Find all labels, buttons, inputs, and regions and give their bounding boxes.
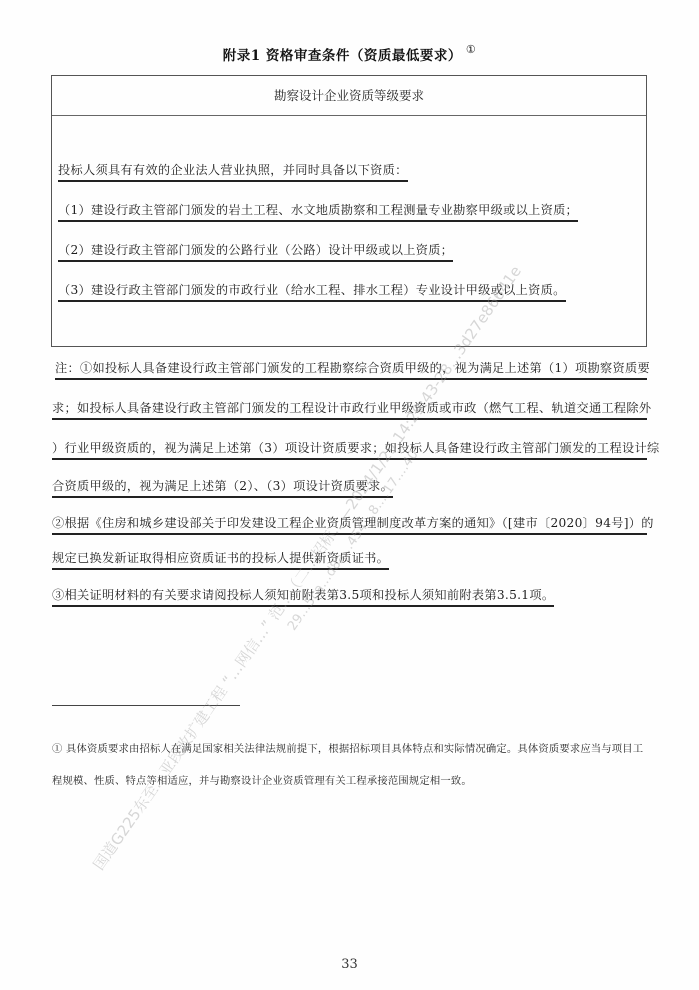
footnote-line: 程规模、性质、特点等相适应，并与勘察设计企业资质管理有关工程承接范围规定相一致。	[52, 772, 472, 787]
table-header: 勘察设计企业资质等级要求	[52, 76, 646, 116]
note-line: ）行业甲级资质的，视为满足上述第（3）项设计资质要求；如投标人具备建设行政主管部…	[52, 440, 647, 460]
note-line: 注：①如投标人具备建设行政主管部门颁发的工程勘察综合资质甲级的，视为满足上述第（…	[55, 360, 647, 380]
table-line-item-2: （2）建设行政主管部门颁发的公路行业（公路）设计甲级或以上资质；	[58, 242, 453, 262]
title-footnote-marker: ①	[466, 43, 476, 56]
note-line: 合资质甲级的，视为满足上述第（2）、（3）项设计资质要求。	[52, 478, 393, 498]
note-line: ③相关证明材料的有关要求请阅投标人须知前附表第3.5项和投标人须知前附表第3.5…	[52, 587, 554, 607]
page-number: 33	[0, 957, 699, 972]
note-line: 规定已换发新证取得相应资质证书的投标人提供新资质证书。	[52, 550, 389, 570]
footnote-separator	[52, 705, 240, 706]
table-line-intro: 投标人须具有有效的企业法人营业执照，并同时具备以下资质：	[58, 162, 408, 182]
table-line-item-3: （3）建设行政主管部门颁发的市政行业（给水工程、排水工程）专业设计甲级或以上资质…	[58, 282, 566, 302]
table-line-item-1: （1）建设行政主管部门颁发的岩土工程、水文地质勘察和工程测量专业勘察甲级或以上资…	[58, 202, 578, 222]
footnote-line: ① 具体资质要求由招标人在满足国家相关法律法规前提下，根据招标项目具体特点和实际…	[52, 740, 643, 755]
appendix-title-text: 附录1 资格审查条件（资质最低要求）	[223, 48, 462, 64]
appendix-title: 附录1 资格审查条件（资质最低要求）①	[0, 44, 699, 64]
note-line: ②根据《住房和城乡建设部关于印发建设工程企业资质管理制度改革方案的通知》（[建市…	[52, 515, 647, 535]
note-line: 求；如投标人具备建设行政主管部门颁发的工程设计市政行业甲级资质或市政（燃气工程、…	[52, 400, 647, 420]
document-page: 附录1 资格审查条件（资质最低要求）① 勘察设计企业资质等级要求 投标人须具有有…	[0, 0, 699, 990]
